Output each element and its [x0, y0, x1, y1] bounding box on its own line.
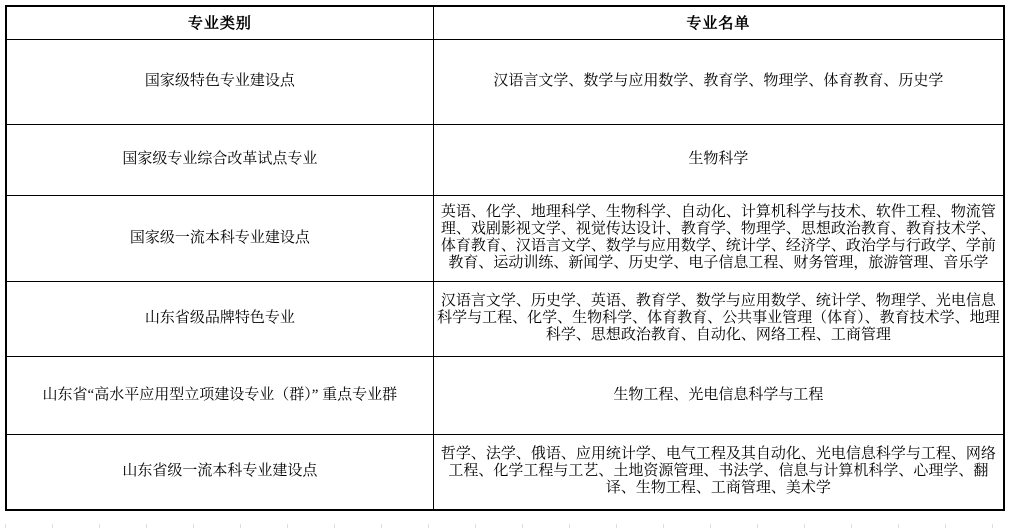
- category-cell: 国家级一流本科专业建设点: [6, 195, 433, 281]
- column-header-majors: 专业名单: [433, 6, 1004, 39]
- category-cell: 国家级特色专业建设点: [6, 39, 433, 124]
- table-row: 山东省级一流本科专业建设点 哲学、法学、俄语、应用统计学、电气工程及其自动化、光…: [6, 434, 1004, 510]
- table-row: 国家级专业综合改革试点专业 生物科学: [6, 124, 1004, 195]
- majors-cell: 生物工程、光电信息科学与工程: [433, 356, 1004, 434]
- majors-table: 专业类别 专业名单 国家级特色专业建设点 汉语言文学、数学与应用数学、教育学、物…: [5, 5, 1005, 511]
- category-cell: 山东省“高水平应用型立项建设专业（群）” 重点专业群: [6, 356, 433, 434]
- document-page: 专业类别 专业名单 国家级特色专业建设点 汉语言文学、数学与应用数学、教育学、物…: [0, 0, 1012, 528]
- category-cell: 国家级专业综合改革试点专业: [6, 124, 433, 195]
- majors-cell: 生物科学: [433, 124, 1004, 195]
- table-row: 山东省级品牌特色专业 汉语言文学、历史学、英语、教育学、数学与应用数学、统计学、…: [6, 281, 1004, 356]
- table-row: 国家级特色专业建设点 汉语言文学、数学与应用数学、教育学、物理学、体育教育、历史…: [6, 39, 1004, 124]
- majors-cell: 英语、化学、地理科学、生物科学、自动化、计算机科学与技术、软件工程、物流管理、戏…: [433, 195, 1004, 281]
- category-cell: 山东省级品牌特色专业: [6, 281, 433, 356]
- majors-cell: 汉语言文学、数学与应用数学、教育学、物理学、体育教育、历史学: [433, 39, 1004, 124]
- table-row: 国家级一流本科专业建设点 英语、化学、地理科学、生物科学、自动化、计算机科学与技…: [6, 195, 1004, 281]
- majors-cell: 哲学、法学、俄语、应用统计学、电气工程及其自动化、光电信息科学与工程、网络工程、…: [433, 434, 1004, 510]
- table-header-row: 专业类别 专业名单: [6, 6, 1004, 39]
- column-header-category: 专业类别: [6, 6, 433, 39]
- table-row: 山东省“高水平应用型立项建设专业（群）” 重点专业群 生物工程、光电信息科学与工…: [6, 356, 1004, 434]
- category-cell: 山东省级一流本科专业建设点: [6, 434, 433, 510]
- cropped-gridline-ticks: [5, 524, 1007, 528]
- majors-cell: 汉语言文学、历史学、英语、教育学、数学与应用数学、统计学、物理学、光电信息科学与…: [433, 281, 1004, 356]
